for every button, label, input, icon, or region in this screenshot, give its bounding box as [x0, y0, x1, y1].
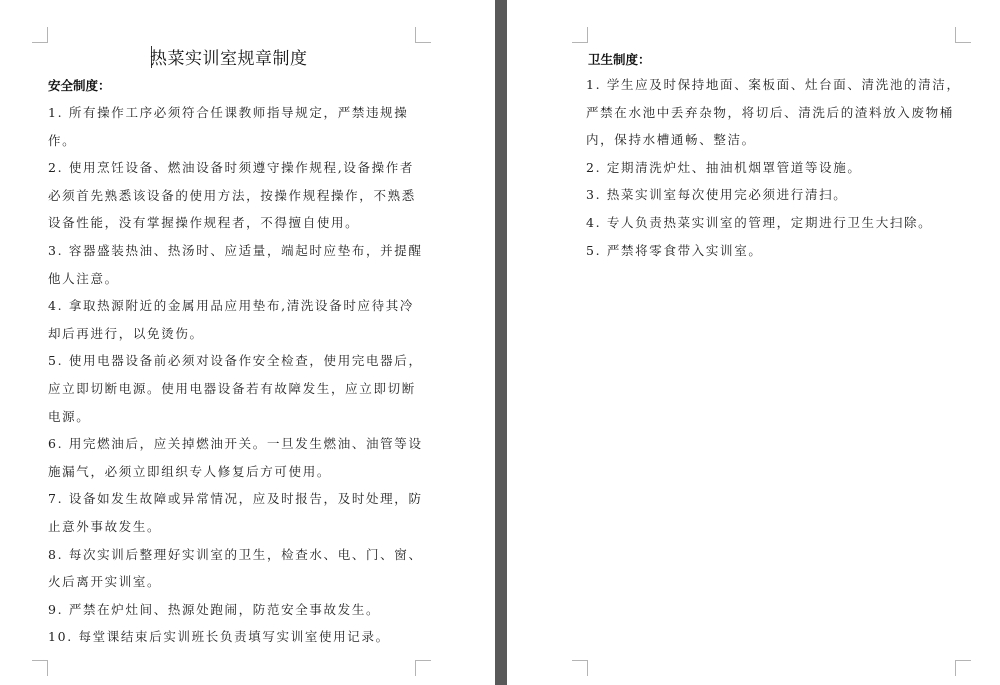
section-heading-safety[interactable]: 安全制度：	[48, 76, 111, 94]
text-line[interactable]: 却后再进行，以免烫伤。	[48, 320, 428, 348]
text-line[interactable]: 1. 学生应及时保持地面、案板面、灶台面、清洗池的清洁，	[586, 71, 966, 99]
text-line[interactable]: 1. 所有操作工序必须符合任课教师指导规定，严禁违规操	[48, 99, 428, 127]
margin-corner-mark	[572, 660, 588, 676]
text-line[interactable]: 施漏气，必须立即组织专人修复后方可使用。	[48, 458, 428, 486]
margin-corner-mark	[955, 660, 971, 676]
text-line[interactable]: 作。	[48, 127, 428, 155]
text-line[interactable]: 4. 专人负责热菜实训室的管理，定期进行卫生大扫除。	[586, 209, 966, 237]
text-line[interactable]: 4. 拿取热源附近的金属用品应用垫布,清洗设备时应待其冷	[48, 292, 428, 320]
text-line[interactable]: 8. 每次实训后整理好实训室的卫生，检查水、电、门、窗、	[48, 541, 428, 569]
text-line[interactable]: 必须首先熟悉该设备的使用方法，按操作规程操作，不熟悉	[48, 182, 428, 210]
text-line[interactable]: 应立即切断电源。使用电器设备若有故障发生，应立即切断	[48, 375, 428, 403]
section-heading-hygiene[interactable]: 卫生制度：	[588, 50, 651, 68]
margin-corner-mark	[415, 27, 431, 43]
margin-corner-mark	[572, 27, 588, 43]
text-line[interactable]: 3. 热菜实训室每次使用完必须进行清扫。	[586, 181, 966, 209]
text-line[interactable]: 2. 定期清洗炉灶、抽油机烟罩管道等设施。	[586, 154, 966, 182]
document-title[interactable]: 热菜实训室规章制度	[150, 44, 308, 69]
text-line[interactable]: 10. 每堂课结束后实训班长负责填写实训室使用记录。	[48, 623, 428, 651]
text-line[interactable]: 5. 使用电器设备前必须对设备作安全检查，使用完电器后，	[48, 347, 428, 375]
text-line[interactable]: 内，保持水槽通畅、整洁。	[586, 126, 966, 154]
margin-corner-mark	[32, 27, 48, 43]
text-line[interactable]: 3. 容器盛装热油、热汤时、应适量，端起时应垫布，并提醒	[48, 237, 428, 265]
text-line[interactable]: 7. 设备如发生故障或异常情况，应及时报告，及时处理，防	[48, 485, 428, 513]
text-line[interactable]: 9. 严禁在炉灶间、热源处跑闹，防范安全事故发生。	[48, 596, 428, 624]
hygiene-rules-body[interactable]: 1. 学生应及时保持地面、案板面、灶台面、清洗池的清洁， 严禁在水池中丢弃杂物，…	[586, 71, 966, 264]
text-line[interactable]: 6. 用完燃油后，应关掉燃油开关。一旦发生燃油、油管等设	[48, 430, 428, 458]
text-line[interactable]: 严禁在水池中丢弃杂物，将切后、清洗后的渣料放入废物桶	[586, 99, 966, 127]
text-line[interactable]: 火后离开实训室。	[48, 568, 428, 596]
text-line[interactable]: 2. 使用烹饪设备、燃油设备时须遵守操作规程,设备操作者	[48, 154, 428, 182]
text-line[interactable]: 设备性能，没有掌握操作规程者，不得擅自使用。	[48, 209, 428, 237]
text-line[interactable]: 电源。	[48, 403, 428, 431]
page-gap-divider	[495, 0, 507, 685]
margin-corner-mark	[32, 660, 48, 676]
margin-corner-mark	[955, 27, 971, 43]
text-line[interactable]: 他人注意。	[48, 265, 428, 293]
text-line[interactable]: 止意外事故发生。	[48, 513, 428, 541]
safety-rules-body[interactable]: 1. 所有操作工序必须符合任课教师指导规定，严禁违规操 作。 2. 使用烹饪设备…	[48, 99, 428, 651]
text-line[interactable]: 5. 严禁将零食带入实训室。	[586, 237, 966, 265]
document-page-1[interactable]: 热菜实训室规章制度 安全制度： 1. 所有操作工序必须符合任课教师指导规定，严禁…	[0, 0, 495, 685]
margin-corner-mark	[415, 660, 431, 676]
